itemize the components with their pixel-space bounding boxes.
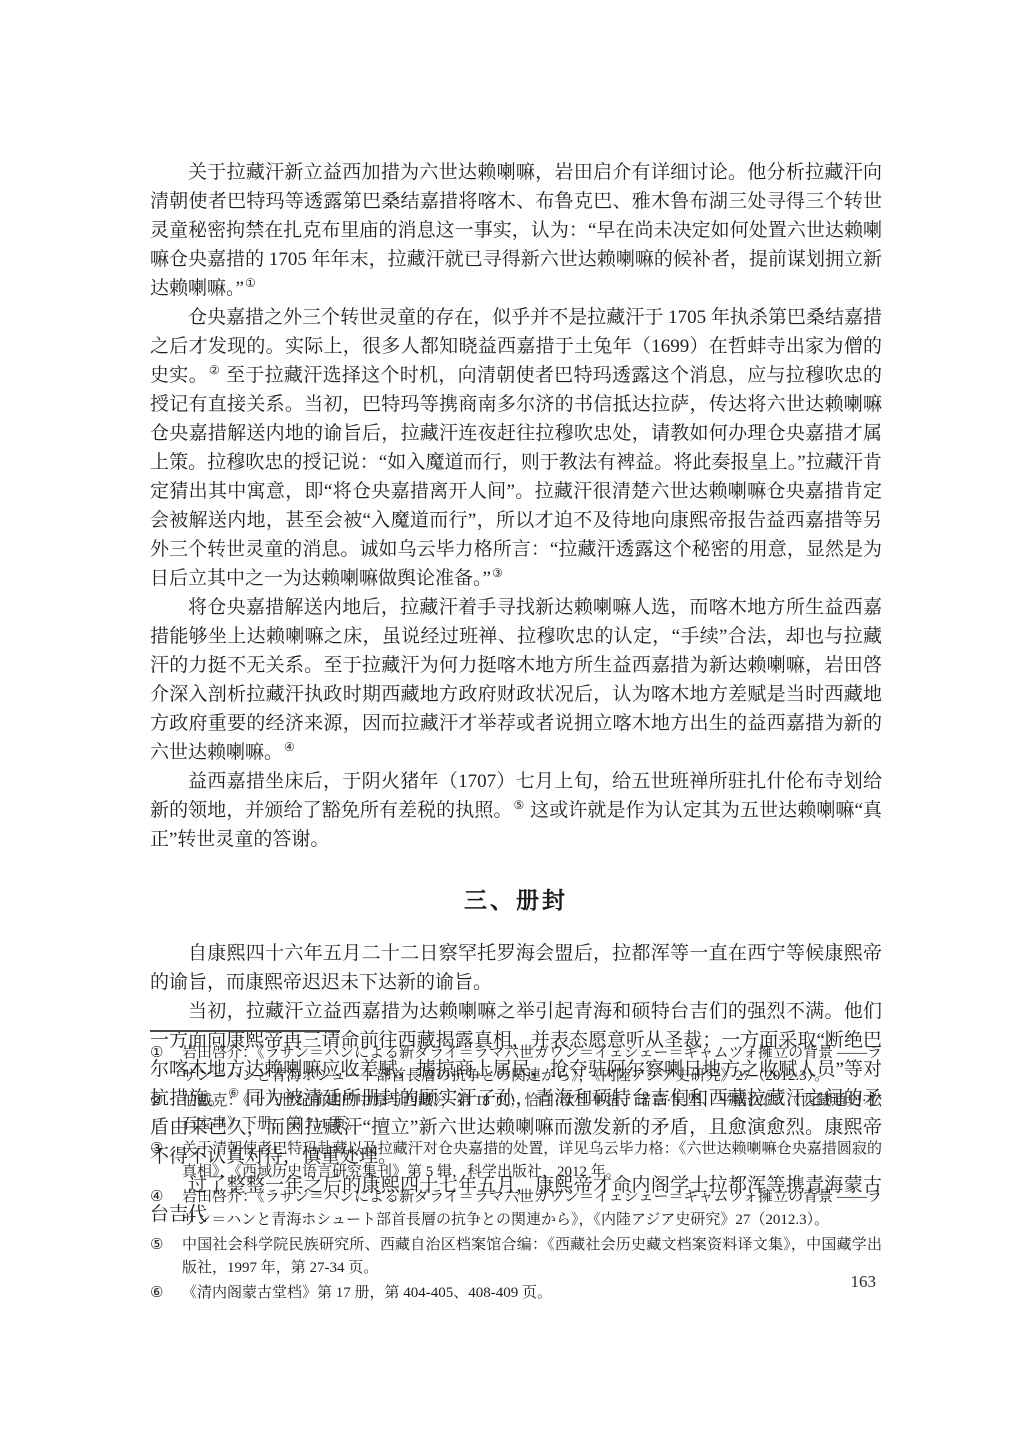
footnote-item: ⑤中国社会科学院民族研究所、西藏自治区档案馆合编：《西藏社会历史藏文档案资料译文… [150, 1234, 882, 1280]
footnote-text: 岩田啓介：《ラサン＝ハンによる新ダライ＝ラマ六世ガワン＝イェシェー＝ギャムツォ擁… [182, 1186, 882, 1232]
footnote-text: 伯戴克：《十八世纪前期的中原与西藏》，第 18 页；恰白·次旦平措、诺章·吴坚、… [182, 1090, 882, 1136]
document-page: 关于拉藏汗新立益西加措为六世达赖喇嘛，岩田启介有详细讨论。他分析拉藏汗向清朝使者… [0, 0, 1024, 1448]
paragraph: 将仓央嘉措解送内地后，拉藏汗着手寻找新达赖喇嘛人选，而喀木地方所生益西嘉措能够坐… [150, 593, 882, 767]
footnote-number: ⑤ [150, 1234, 182, 1280]
footnotes-section: ①岩田啓介：《ラサン＝ハンによる新ダライ＝ラマ六世ガワン＝イェシェー＝ギャムツォ… [150, 1030, 882, 1307]
footnote-number: ⑥ [150, 1282, 182, 1305]
footnote-reference-marker: ⑤ [512, 798, 525, 812]
footnote-item: ①岩田啓介：《ラサン＝ハンによる新ダライ＝ラマ六世ガワン＝イェシェー＝ギャムツォ… [150, 1042, 882, 1088]
footnote-item: ⑥《清内阁蒙古堂档》第 17 册，第 404-405、408-409 页。 [150, 1282, 882, 1305]
footnote-number: ② [150, 1090, 182, 1136]
footnote-number: ③ [150, 1138, 182, 1184]
footnote-item: ②伯戴克：《十八世纪前期的中原与西藏》，第 18 页；恰白·次旦平措、诺章·吴坚… [150, 1090, 882, 1136]
paragraph: 自康熙四十六年五月二十二日察罕托罗海会盟后，拉都浑等一直在西宁等候康熙帝的谕旨，… [150, 939, 882, 997]
footnote-item: ④岩田啓介：《ラサン＝ハンによる新ダライ＝ラマ六世ガワン＝イェシェー＝ギャムツォ… [150, 1186, 882, 1232]
footnote-reference-marker: ④ [283, 740, 296, 754]
paragraph-group-top: 关于拉藏汗新立益西加措为六世达赖喇嘛，岩田启介有详细讨论。他分析拉藏汗向清朝使者… [150, 158, 882, 854]
footnote-number: ① [150, 1042, 182, 1088]
paragraph: 益西嘉措坐床后，于阴火猪年（1707）七月上旬，给五世班禅所驻扎什伦布寺划给新的… [150, 767, 882, 854]
footnote-separator-rule [150, 1030, 340, 1032]
footnote-text: 关于清朝使者巴特玛赴藏以及拉藏汗对仓央嘉措的处置，详见乌云毕力格：《六世达赖喇嘛… [182, 1138, 882, 1184]
footnote-reference-marker: ① [244, 276, 257, 290]
footnote-reference-marker: ③ [491, 566, 504, 580]
footnote-text: 中国社会科学院民族研究所、西藏自治区档案馆合编：《西藏社会历史藏文档案资料译文集… [182, 1234, 882, 1280]
page-number: 163 [851, 1272, 877, 1292]
paragraph: 仓央嘉措之外三个转世灵童的存在，似乎并不是拉藏汗于 1705 年执杀第巴桑结嘉措… [150, 303, 882, 593]
footnote-list: ①岩田啓介：《ラサン＝ハンによる新ダライ＝ラマ六世ガワン＝イェシェー＝ギャムツォ… [150, 1042, 882, 1305]
footnote-text: 《清内阁蒙古堂档》第 17 册，第 404-405、408-409 页。 [182, 1282, 882, 1305]
footnote-item: ③关于清朝使者巴特玛赴藏以及拉藏汗对仓央嘉措的处置，详见乌云毕力格：《六世达赖喇… [150, 1138, 882, 1184]
section-heading: 三、册封 [150, 882, 882, 915]
footnote-number: ④ [150, 1186, 182, 1232]
footnote-reference-marker: ② [208, 363, 221, 377]
footnote-text: 岩田啓介：《ラサン＝ハンによる新ダライ＝ラマ六世ガワン＝イェシェー＝ギャムツォ擁… [182, 1042, 882, 1088]
paragraph: 关于拉藏汗新立益西加措为六世达赖喇嘛，岩田启介有详细讨论。他分析拉藏汗向清朝使者… [150, 158, 882, 303]
